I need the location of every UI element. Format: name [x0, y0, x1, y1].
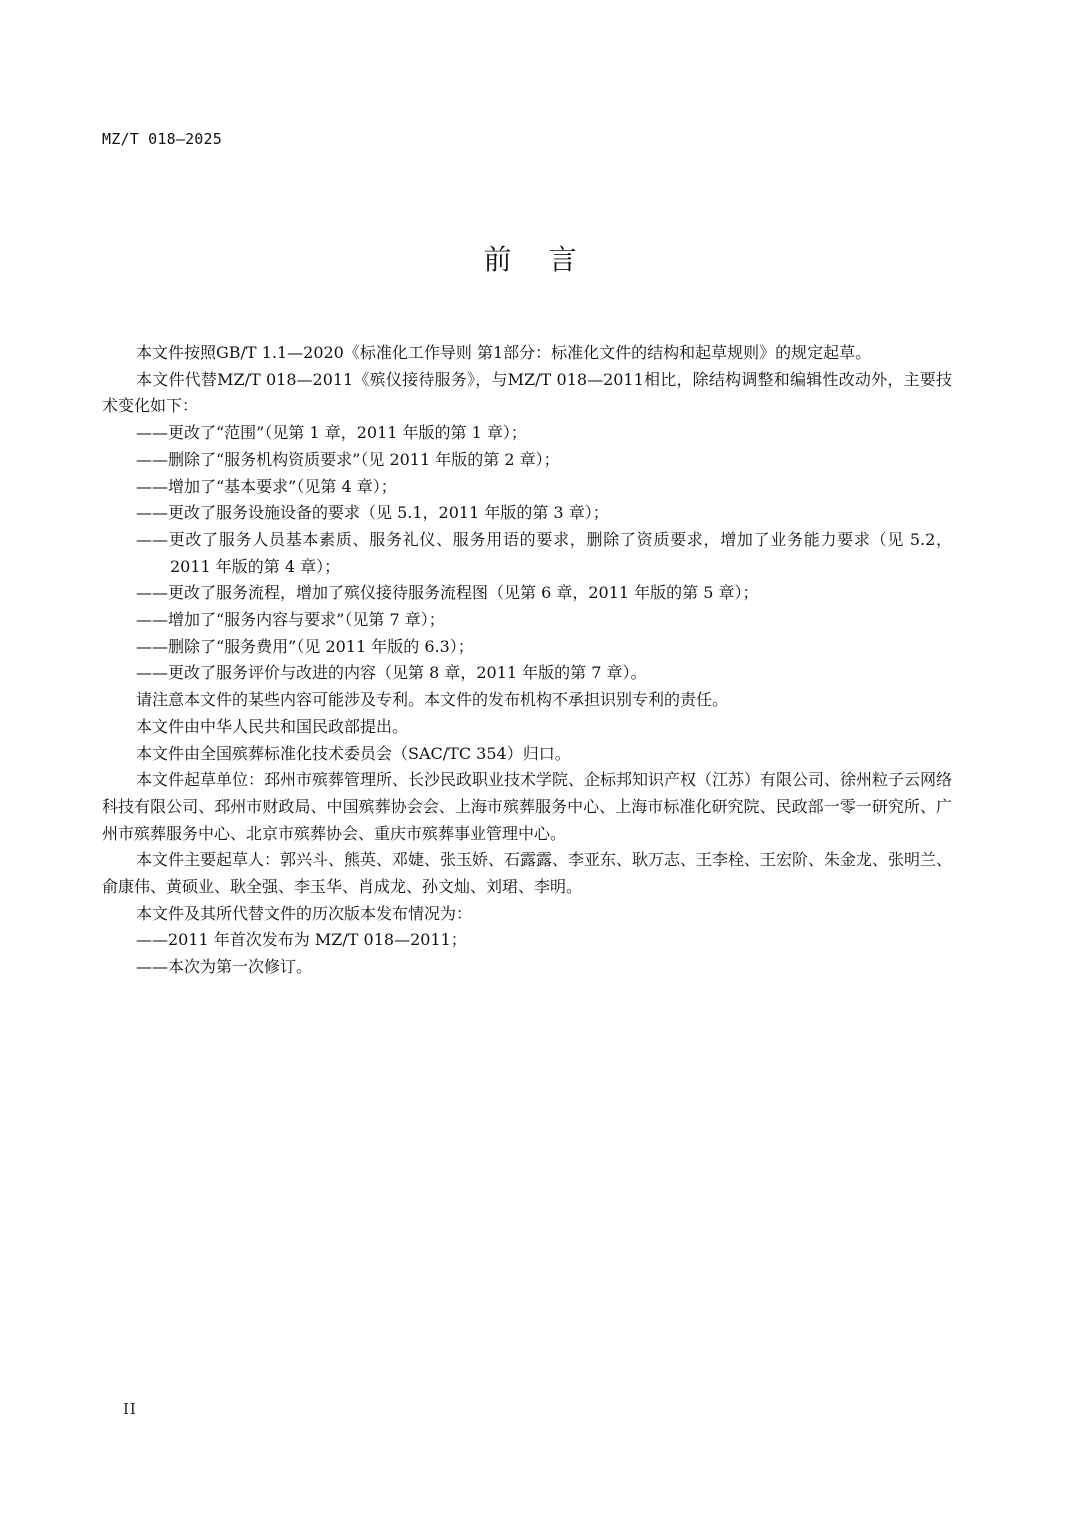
paragraph-replacement: 本文件代替MZ/T 018—2011《殡仪接待服务》，与MZ/T 018—201… [102, 367, 952, 420]
list-item: ——更改了服务人员基本素质、服务礼仪、服务用语的要求，删除了资质要求，增加了业务… [136, 527, 952, 580]
list-item: ——更改了服务评价与改进的内容（见第 8 章，2011 年版的第 7 章）。 [136, 660, 952, 687]
page-title: 前 言 [0, 238, 1074, 278]
list-item: ——更改了服务设施设备的要求（见 5.1，2011 年版的第 3 章）； [136, 500, 952, 527]
paragraph-drafters: 本文件主要起草人：郭兴斗、熊英、邓婕、张玉娇、石露露、李亚东、耿万志、王李栓、王… [102, 847, 952, 900]
paragraph-history-intro: 本文件及其所代替文件的历次版本发布情况为： [102, 901, 952, 928]
list-item: ——增加了“服务内容与要求”（见第 7 章）； [136, 607, 952, 634]
list-item: ——2011 年首次发布为 MZ/T 018—2011； [136, 927, 952, 954]
list-item: ——删除了“服务机构资质要求”（见 2011 年版的第 2 章）； [136, 447, 952, 474]
list-item: ——增加了“基本要求”（见第 4 章）； [136, 474, 952, 501]
paragraph-drafting-rules: 本文件按照GB/T 1.1—2020《标准化工作导则 第1部分：标准化文件的结构… [102, 340, 952, 367]
paragraph-committee: 本文件由全国殡葬标准化技术委员会（SAC/TC 354）归口。 [102, 741, 952, 768]
document-code: MZ/T 018—2025 [102, 130, 222, 148]
paragraph-drafting-units: 本文件起草单位：邳州市殡葬管理所、长沙民政职业技术学院、企标邦知识产权（江苏）有… [102, 767, 952, 847]
changes-list: ——更改了“范围”（见第 1 章，2011 年版的第 1 章）； ——删除了“服… [102, 420, 952, 687]
paragraph-patent-notice: 请注意本文件的某些内容可能涉及专利。本文件的发布机构不承担识别专利的责任。 [102, 687, 952, 714]
page-number: II [123, 1400, 137, 1418]
paragraph-proposer: 本文件由中华人民共和国民政部提出。 [102, 714, 952, 741]
list-item: ——更改了服务流程，增加了殡仪接待服务流程图（见第 6 章，2011 年版的第 … [136, 580, 952, 607]
list-item: ——本次为第一次修订。 [136, 954, 952, 981]
foreword-body: 本文件按照GB/T 1.1—2020《标准化工作导则 第1部分：标准化文件的结构… [102, 340, 952, 981]
list-item: ——删除了“服务费用”（见 2011 年版的 6.3）； [136, 634, 952, 661]
history-list: ——2011 年首次发布为 MZ/T 018—2011； ——本次为第一次修订。 [102, 927, 952, 980]
list-item: ——更改了“范围”（见第 1 章，2011 年版的第 1 章）； [136, 420, 952, 447]
